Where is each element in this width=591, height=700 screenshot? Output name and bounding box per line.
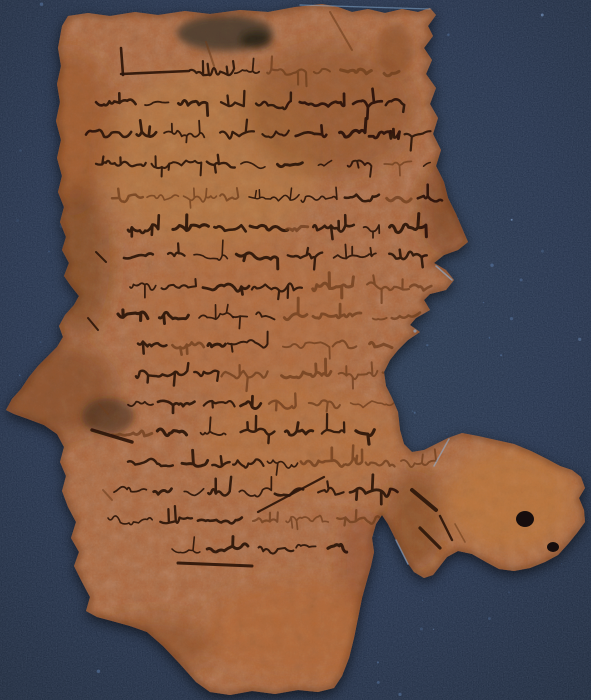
- dust-speck: [398, 693, 401, 696]
- dust-speck: [433, 629, 434, 630]
- dust-speck: [420, 627, 423, 630]
- dust-speck: [500, 354, 502, 356]
- dust-speck: [378, 536, 380, 538]
- dust-speck: [511, 219, 513, 221]
- dust-speck: [508, 591, 510, 593]
- dust-speck: [561, 563, 562, 564]
- dust-speck: [426, 344, 428, 346]
- photo-frame: [0, 0, 591, 700]
- edge-fringe: [413, 329, 416, 332]
- dust-speck: [488, 617, 491, 620]
- dust-speck: [412, 410, 414, 412]
- dust-speck: [48, 250, 50, 252]
- dust-speck: [541, 250, 544, 253]
- dust-speck: [489, 337, 491, 339]
- dust-speck: [490, 263, 493, 266]
- dust-speck: [97, 670, 100, 673]
- dust-speck: [447, 34, 450, 37]
- dust-speck: [585, 27, 586, 28]
- dust-speck: [16, 219, 19, 222]
- dust-speck: [19, 374, 21, 376]
- dust-speck: [510, 317, 513, 320]
- dust-speck: [40, 2, 43, 5]
- manuscript-fragment-photo: [0, 0, 591, 700]
- dust-speck: [483, 302, 484, 303]
- dust-speck: [578, 338, 581, 341]
- dust-speck: [520, 278, 523, 281]
- worm-hole: [516, 511, 534, 527]
- dust-speck: [377, 661, 379, 663]
- dust-speck: [446, 433, 448, 435]
- dust-speck: [19, 149, 22, 152]
- dust-speck: [414, 412, 416, 414]
- dust-speck: [377, 681, 380, 684]
- dust-speck: [40, 341, 42, 343]
- dust-speck: [541, 14, 544, 17]
- dust-speck: [53, 134, 54, 135]
- dust-speck: [422, 600, 423, 601]
- worm-hole: [547, 542, 559, 552]
